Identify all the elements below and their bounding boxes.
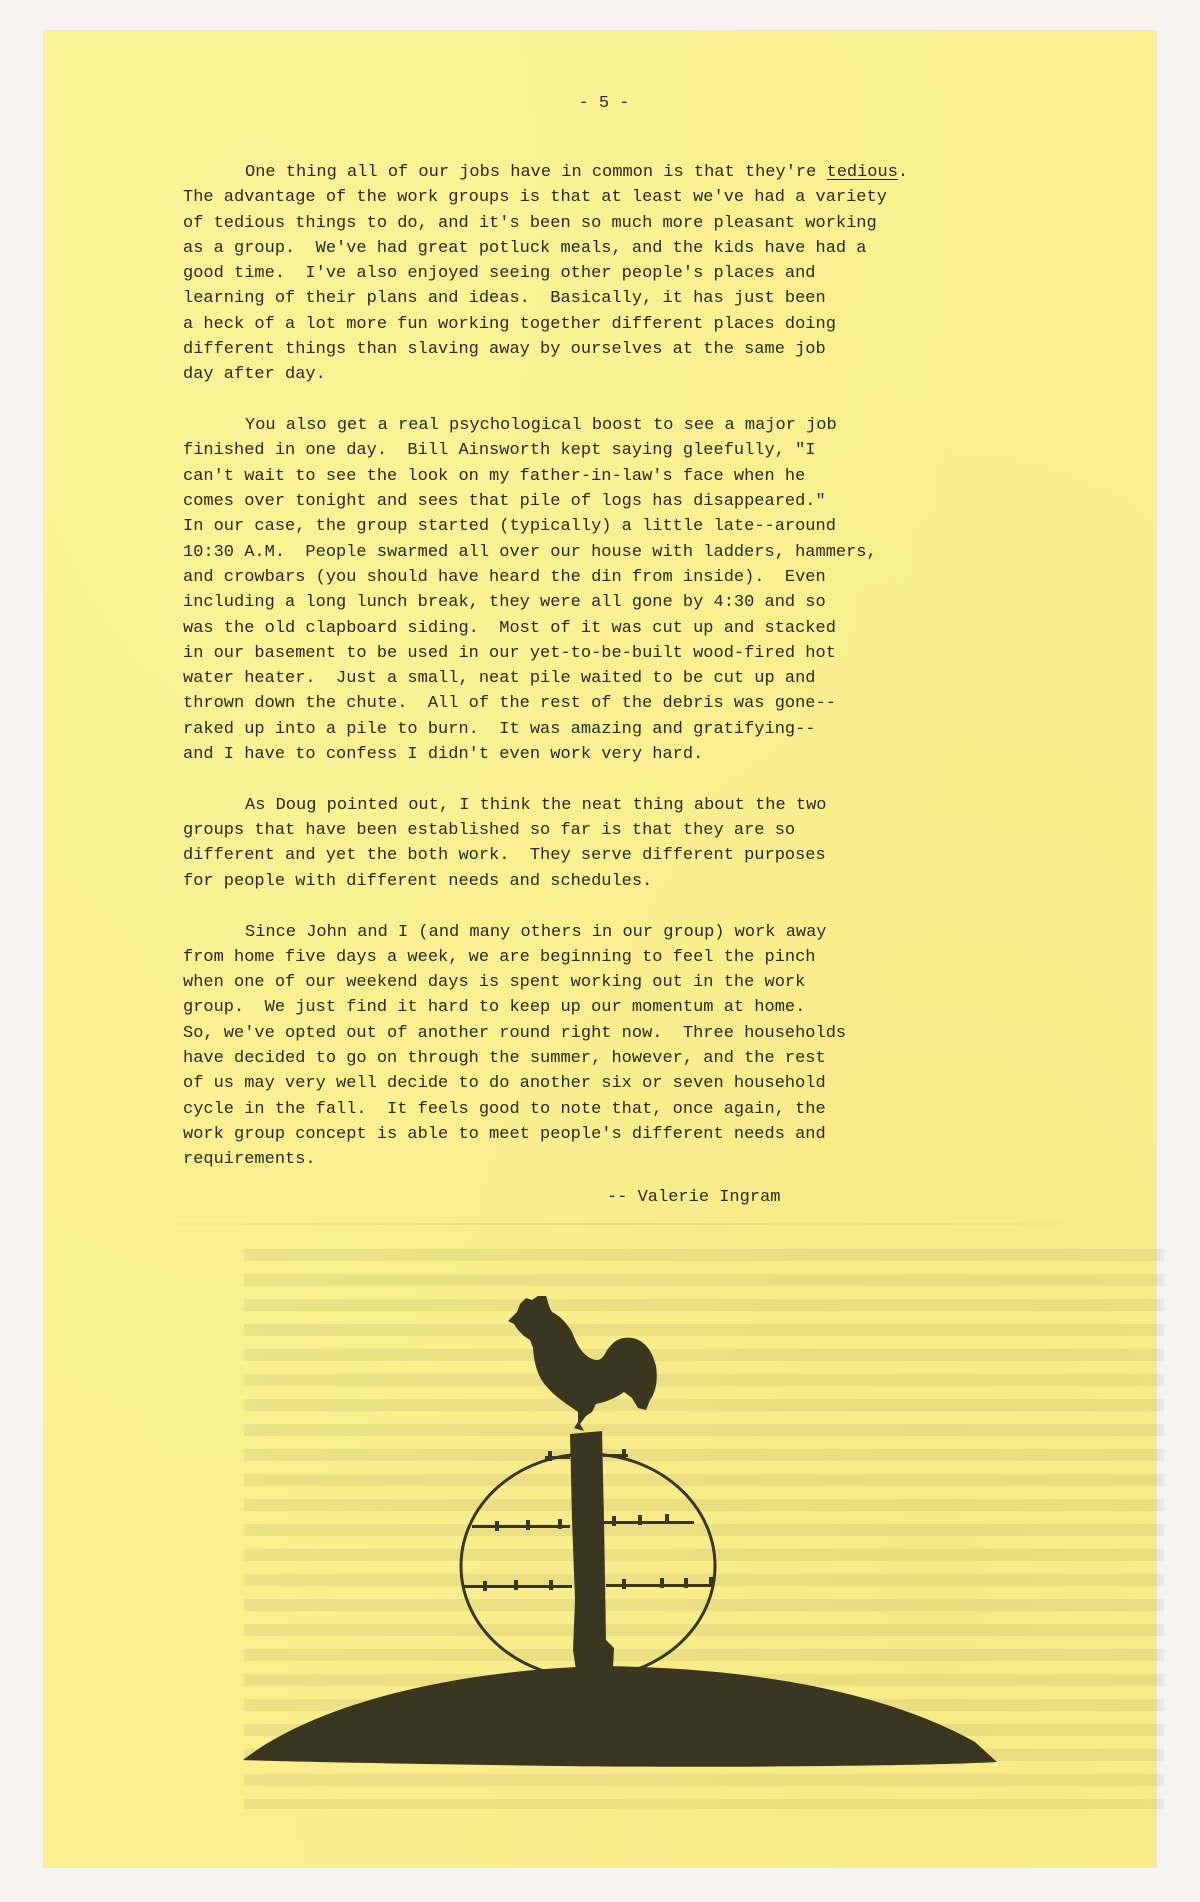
paragraph: As Doug pointed out, I think the neat th… bbox=[183, 793, 908, 894]
text-line: work group concept is able to meet peopl… bbox=[183, 1122, 908, 1147]
text-line: and crowbars (you should have heard the … bbox=[183, 565, 908, 590]
text-line: a heck of a lot more fun working togethe… bbox=[183, 312, 908, 337]
text-line: The advantage of the work groups is that… bbox=[183, 185, 908, 210]
text-line: have decided to go on through the summer… bbox=[183, 1046, 908, 1071]
text-line: group. We just find it hard to keep up o… bbox=[183, 995, 908, 1020]
article-body: One thing all of our jobs have in common… bbox=[183, 160, 908, 1198]
text-line: day after day. bbox=[183, 362, 908, 387]
text-line: as a group. We've had great potluck meal… bbox=[183, 236, 908, 261]
text-line: when one of our weekend days is spent wo… bbox=[183, 970, 908, 995]
text-line: finished in one day. Bill Ainsworth kept… bbox=[183, 438, 908, 463]
text-line: thrown down the chute. All of the rest o… bbox=[183, 691, 908, 716]
text-line: One thing all of our jobs have in common… bbox=[183, 160, 908, 185]
paragraph: Since John and I (and many others in our… bbox=[183, 920, 908, 1173]
text-line: water heater. Just a small, neat pile wa… bbox=[183, 666, 908, 691]
text-line: in our basement to be used in our yet-to… bbox=[183, 641, 908, 666]
text-line: As Doug pointed out, I think the neat th… bbox=[183, 793, 908, 818]
text-line: learning of their plans and ideas. Basic… bbox=[183, 286, 908, 311]
text-line: You also get a real psychological boost … bbox=[183, 413, 908, 438]
text-line: comes over tonight and sees that pile of… bbox=[183, 489, 908, 514]
reverse-side-bleed-through bbox=[244, 1249, 1164, 1809]
text-line: raked up into a pile to burn. It was ama… bbox=[183, 717, 908, 742]
text-line: good time. I've also enjoyed seeing othe… bbox=[183, 261, 908, 286]
text-line: different things than slaving away by ou… bbox=[183, 337, 908, 362]
text-line: groups that have been established so far… bbox=[183, 818, 908, 843]
text-line: including a long lunch break, they were … bbox=[183, 590, 908, 615]
text-line: Since John and I (and many others in our… bbox=[183, 920, 908, 945]
text-line: of tedious things to do, and it's been s… bbox=[183, 211, 908, 236]
paragraph: One thing all of our jobs have in common… bbox=[183, 160, 908, 388]
text-line: cycle in the fall. It feels good to note… bbox=[183, 1097, 908, 1122]
text-line: So, we've opted out of another round rig… bbox=[183, 1021, 908, 1046]
text-line: can't wait to see the look on my father-… bbox=[183, 464, 908, 489]
text-line: was the old clapboard siding. Most of it… bbox=[183, 616, 908, 641]
author-signature: -- Valerie Ingram bbox=[607, 1188, 780, 1207]
text-line: In our case, the group started (typicall… bbox=[183, 514, 908, 539]
paragraph: You also get a real psychological boost … bbox=[183, 413, 908, 767]
text-line: for people with different needs and sche… bbox=[183, 869, 908, 894]
page-number: - 5 - bbox=[0, 94, 1200, 113]
text-line: and I have to confess I didn't even work… bbox=[183, 742, 908, 767]
text-line: 10:30 A.M. People swarmed all over our h… bbox=[183, 540, 908, 565]
paper-fold-line bbox=[44, 1223, 1156, 1225]
text-line: of us may very well decide to do another… bbox=[183, 1071, 908, 1096]
text-line: different and yet the both work. They se… bbox=[183, 843, 908, 868]
text-line: from home five days a week, we are begin… bbox=[183, 945, 908, 970]
emphasized-word: tedious bbox=[827, 163, 898, 182]
text-line: requirements. bbox=[183, 1147, 908, 1172]
